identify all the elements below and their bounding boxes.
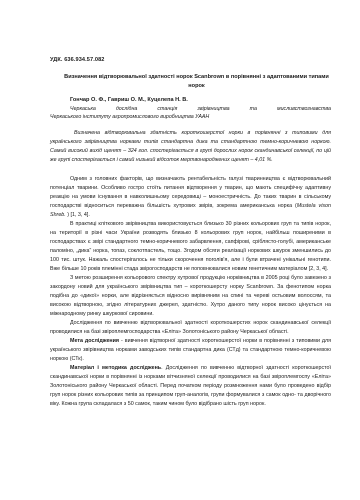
paragraph-4: Дослідження по вивченню відтворювальної … — [50, 319, 331, 337]
paragraph-3: З метою розширення кольорового спектру х… — [50, 274, 331, 319]
paragraph-1: Одним з головних факторів, що визначають… — [50, 175, 331, 220]
affiliation-line-2: Черкаського інституту агропромислового в… — [50, 114, 209, 120]
authors: Гончар О. Ф., Гавриш О. М., Куцелепа Н. … — [70, 97, 188, 103]
affiliation-line-1: Черкаська дослідна станція звірівництва … — [50, 105, 331, 113]
article-body: Одним з головних факторів, що визначають… — [50, 175, 331, 409]
paragraph-1-citation: ) [1, 3, 4]. — [66, 212, 90, 218]
methods-label: Матеріал і методика досліджень — [70, 365, 161, 371]
article-title: Визначення відтворювальної здатності нор… — [50, 73, 331, 90]
aim-label: Мета досліджения — [70, 338, 119, 344]
paragraph-1-text: Одним з головних факторів, що визначають… — [50, 176, 331, 209]
paragraph-2: В практиці кліткового звірівництва викор… — [50, 220, 331, 274]
affiliation: Черкаська дослідна станція звірівництва … — [50, 105, 331, 121]
abstract-text: Визначена відтворювальна здатність корот… — [50, 129, 331, 165]
udk-code: УДК. 636.934.57.082 — [50, 57, 105, 63]
paragraph-methods: Матеріал і методика досліджень. Дослідже… — [50, 364, 331, 409]
methods-text: . Дослідження по вивченню відтворної зда… — [50, 365, 331, 407]
paragraph-aim: Мета досліджения - вивчення відтворної з… — [50, 337, 331, 364]
abstract: Визначена відтворювальна здатність корот… — [50, 129, 331, 165]
